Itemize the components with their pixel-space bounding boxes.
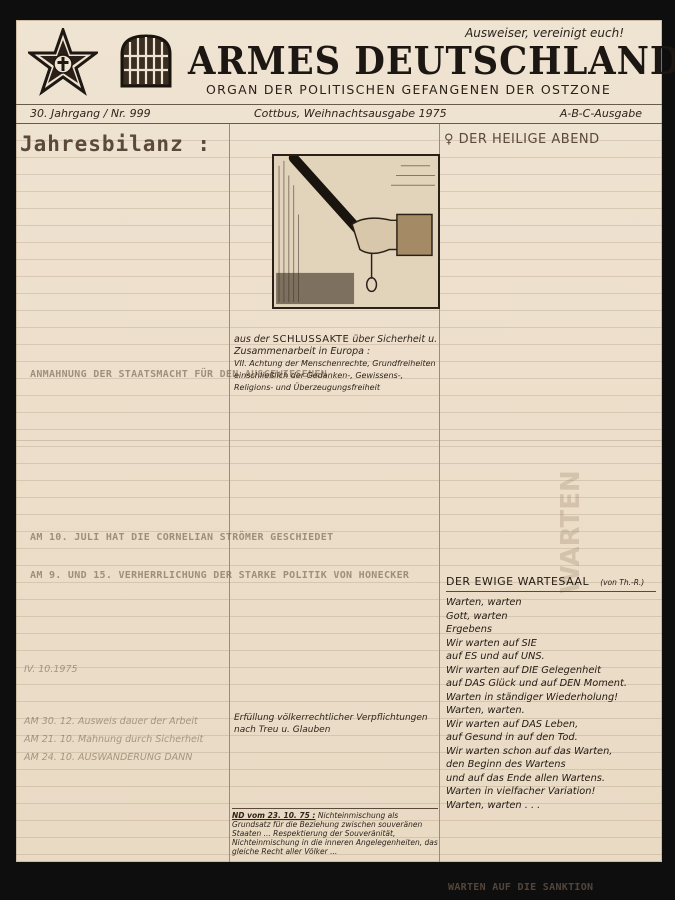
newspaper-title: ARMES DEUTSCHLAND bbox=[188, 38, 675, 83]
paper-fold bbox=[16, 440, 662, 441]
middle-column: aus der SCHLUSSAKTE über Sicherheit u. Z… bbox=[230, 124, 440, 862]
poem-wartesaal: DER EWIGE WARTESAAL (von Th.-R.) Warten,… bbox=[446, 570, 656, 812]
barred-window-icon bbox=[118, 32, 174, 88]
poem-line: Gott, warten bbox=[446, 610, 656, 624]
newspaper-page: Ausweiser, vereinigt euch! ARMES DEUTSCH… bbox=[16, 20, 662, 862]
faint-entry: AM 30. 12. Ausweis dauer der Arbeit bbox=[24, 716, 198, 727]
masthead: Ausweiser, vereinigt euch! ARMES DEUTSCH… bbox=[16, 20, 662, 100]
caption-title: SCHLUSSAKTE bbox=[273, 334, 350, 345]
poem-line: Wir warten auf DIE Gelegenheit bbox=[446, 664, 656, 678]
poem-line: Wir warten auf SIE bbox=[446, 637, 656, 651]
poem-line: auf ES und auf UNS. bbox=[446, 650, 656, 664]
issue-info-bar: 30. Jahrgang / Nr. 999 Cottbus, Weihnach… bbox=[16, 104, 662, 124]
faint-entry: AM 24. 10. AUSWANDERUNG DANN bbox=[24, 752, 192, 763]
candle-ring-icon: ♀ bbox=[444, 132, 454, 147]
schlussakte-caption: aus der SCHLUSSAKTE über Sicherheit u. Z… bbox=[234, 334, 438, 358]
star-emblem-icon bbox=[28, 28, 98, 98]
poem-line: Ergebens bbox=[446, 623, 656, 637]
faint-footer: WARTEN AUF DIE SANKTION bbox=[448, 882, 593, 893]
right-column: ♀ DER HEILIGE ABEND WARTEN DER EWIGE WAR… bbox=[440, 124, 662, 862]
poem-line: auf DAS Glück und auf DEN Moment. bbox=[446, 677, 656, 691]
hand-holding-baton-icon bbox=[272, 154, 440, 309]
poem-title: DER EWIGE WARTESAAL bbox=[446, 575, 589, 588]
nd-quote-heading: ND vom 23. 10. 75 : bbox=[232, 811, 315, 820]
poem-line: Warten in vielfacher Variation! bbox=[446, 785, 656, 799]
left-column: Jahresbilanz : ANMAHNUNG DER STAATSMACHT… bbox=[16, 124, 230, 862]
edition-line: Cottbus, Weihnachtsausgabe 1975 bbox=[254, 107, 447, 120]
nd-quote-box: ND vom 23. 10. 75 : Nichteinmischung als… bbox=[232, 808, 438, 860]
poem-line: Warten in ständiger Wiederholung! bbox=[446, 691, 656, 705]
edition-variant: A-B-C-Ausgabe bbox=[560, 107, 642, 120]
section-heading-jahresbilanz: Jahresbilanz : bbox=[20, 132, 211, 156]
newspaper-subtitle: ORGAN DER POLITISCHEN GEFANGENEN DER OST… bbox=[206, 82, 611, 97]
section-vii-text: VII. Achtung der Menschenrechte, Grundfr… bbox=[234, 358, 438, 394]
poem-line: Warten, warten . . . bbox=[446, 799, 656, 813]
poem-line: Warten, warten. bbox=[446, 704, 656, 718]
poem-line: den Beginn des Wartens bbox=[446, 758, 656, 772]
faint-date: IV. 10.1975 bbox=[24, 664, 78, 675]
section-heading-heiliger-abend: ♀ DER HEILIGE ABEND bbox=[444, 132, 600, 147]
obligations-note: Erfüllung völkerrechtlicher Verpflichtun… bbox=[234, 712, 440, 736]
faint-entry: AM 21. 10. Mahnung durch Sicherheit bbox=[24, 734, 203, 745]
poem-line: und auf das Ende allen Wartens. bbox=[446, 772, 656, 786]
poem-line: Wir warten auf DAS Leben, bbox=[446, 718, 656, 732]
poem-author: (von Th.-R.) bbox=[600, 578, 644, 587]
poem-line: Wir warten schon auf das Warten, bbox=[446, 745, 656, 759]
poem-line: auf Gesund in auf den Tod. bbox=[446, 731, 656, 745]
issue-number: 30. Jahrgang / Nr. 999 bbox=[30, 107, 151, 120]
poem-line: Warten, warten bbox=[446, 596, 656, 610]
